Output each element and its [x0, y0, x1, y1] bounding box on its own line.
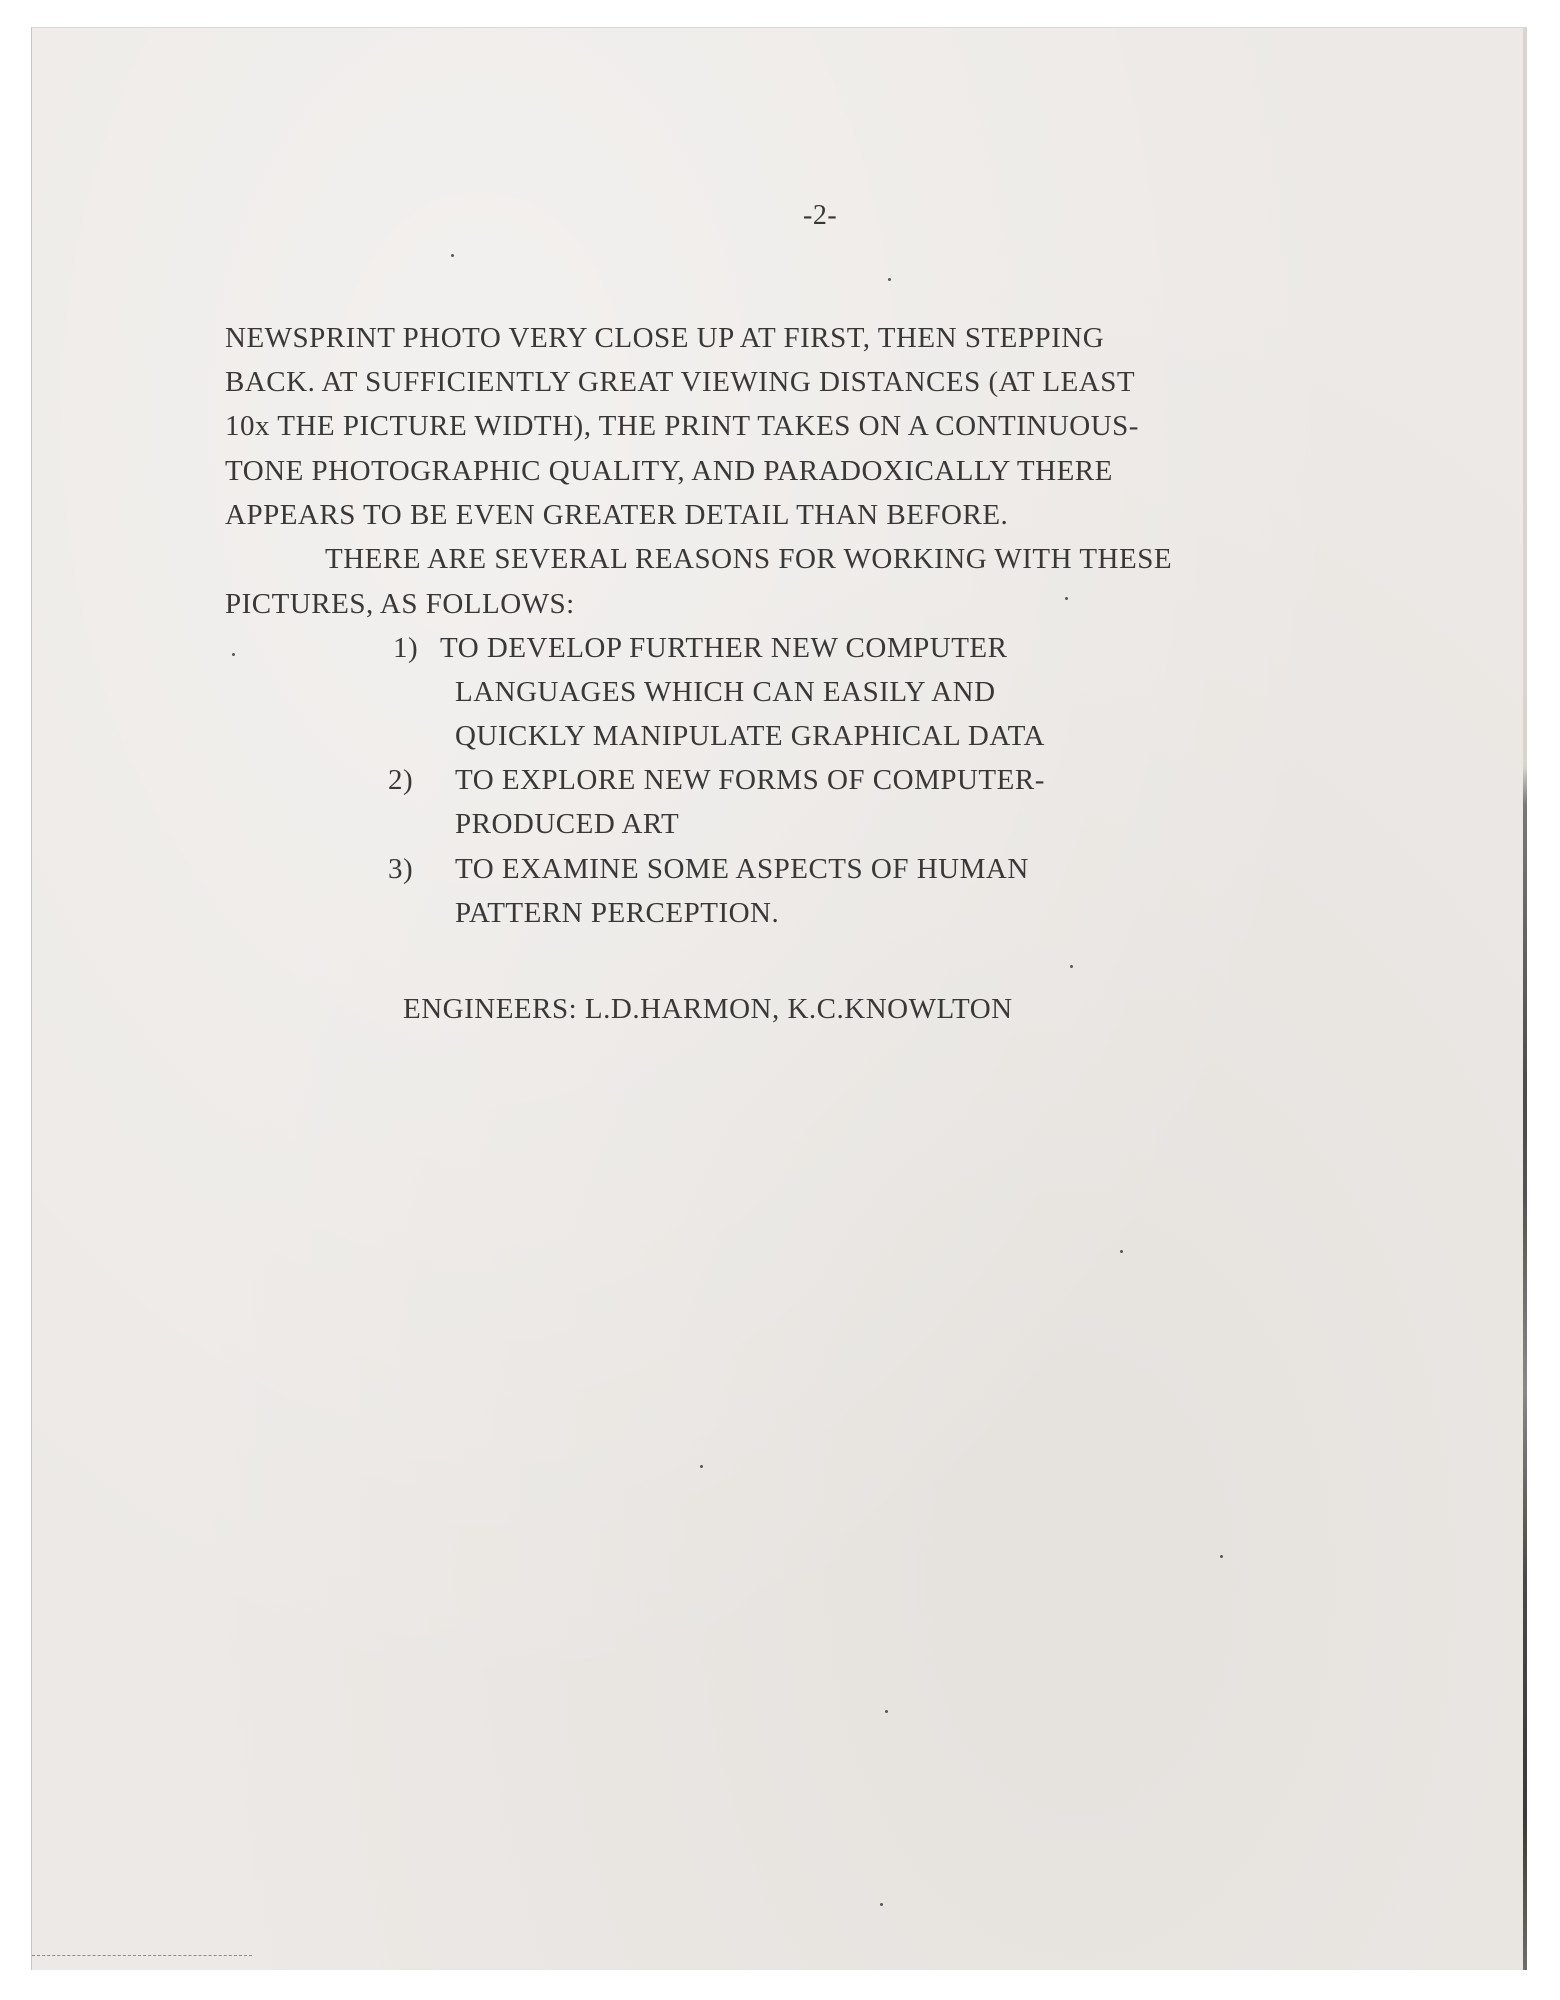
paper-speck	[880, 1903, 883, 1906]
page-number: -2-	[803, 200, 837, 232]
paragraph-1-line-1: NEWSPRINT PHOTO VERY CLOSE UP AT FIRST, …	[225, 322, 1104, 355]
paragraph-2-line-1: THERE ARE SEVERAL REASONS FOR WORKING WI…	[325, 543, 1172, 576]
list-item-3-line-1: TO EXAMINE SOME ASPECTS OF HUMAN	[455, 853, 1029, 886]
paragraph-1-line-3: 10x THE PICTURE WIDTH), THE PRINT TAKES …	[225, 410, 1139, 443]
paper-speck	[1120, 1250, 1123, 1253]
paper-speck	[451, 254, 454, 257]
list-item-1-line-2: LANGUAGES WHICH CAN EASILY AND	[455, 676, 996, 709]
engineers-credit: ENGINEERS: L.D.HARMON, K.C.KNOWLTON	[403, 993, 1013, 1026]
paper-speck	[1070, 965, 1073, 968]
paper-speck	[885, 1710, 888, 1713]
list-item-1-line-3: QUICKLY MANIPULATE GRAPHICAL DATA	[455, 720, 1045, 753]
paragraph-1-line-2: BACK. AT SUFFICIENTLY GREAT VIEWING DIST…	[225, 366, 1135, 399]
paragraph-1-line-4: TONE PHOTOGRAPHIC QUALITY, AND PARADOXIC…	[225, 455, 1113, 488]
list-item-2-number: 2)	[388, 764, 413, 797]
list-item-3-line-2: PATTERN PERCEPTION.	[455, 897, 779, 930]
list-item-1-number: 1)	[393, 632, 418, 665]
paper-speck	[700, 1465, 703, 1468]
list-item-2-line-2: PRODUCED ART	[455, 808, 679, 841]
list-item-3-number: 3)	[388, 853, 413, 886]
page-bottom-rule	[32, 1955, 252, 1956]
page-edge-shadow	[1523, 28, 1527, 1970]
paper-speck	[1065, 597, 1068, 600]
list-item-1-line-1: TO DEVELOP FURTHER NEW COMPUTER	[440, 632, 1007, 665]
list-item-2-line-1: TO EXPLORE NEW FORMS OF COMPUTER-	[455, 764, 1045, 797]
paper-speck	[1220, 1555, 1223, 1558]
paper-speck	[232, 653, 235, 656]
paper-speck	[888, 278, 891, 281]
paragraph-1-line-5: APPEARS TO BE EVEN GREATER DETAIL THAN B…	[225, 499, 1008, 532]
paragraph-2-line-2: PICTURES, AS FOLLOWS:	[225, 588, 575, 621]
